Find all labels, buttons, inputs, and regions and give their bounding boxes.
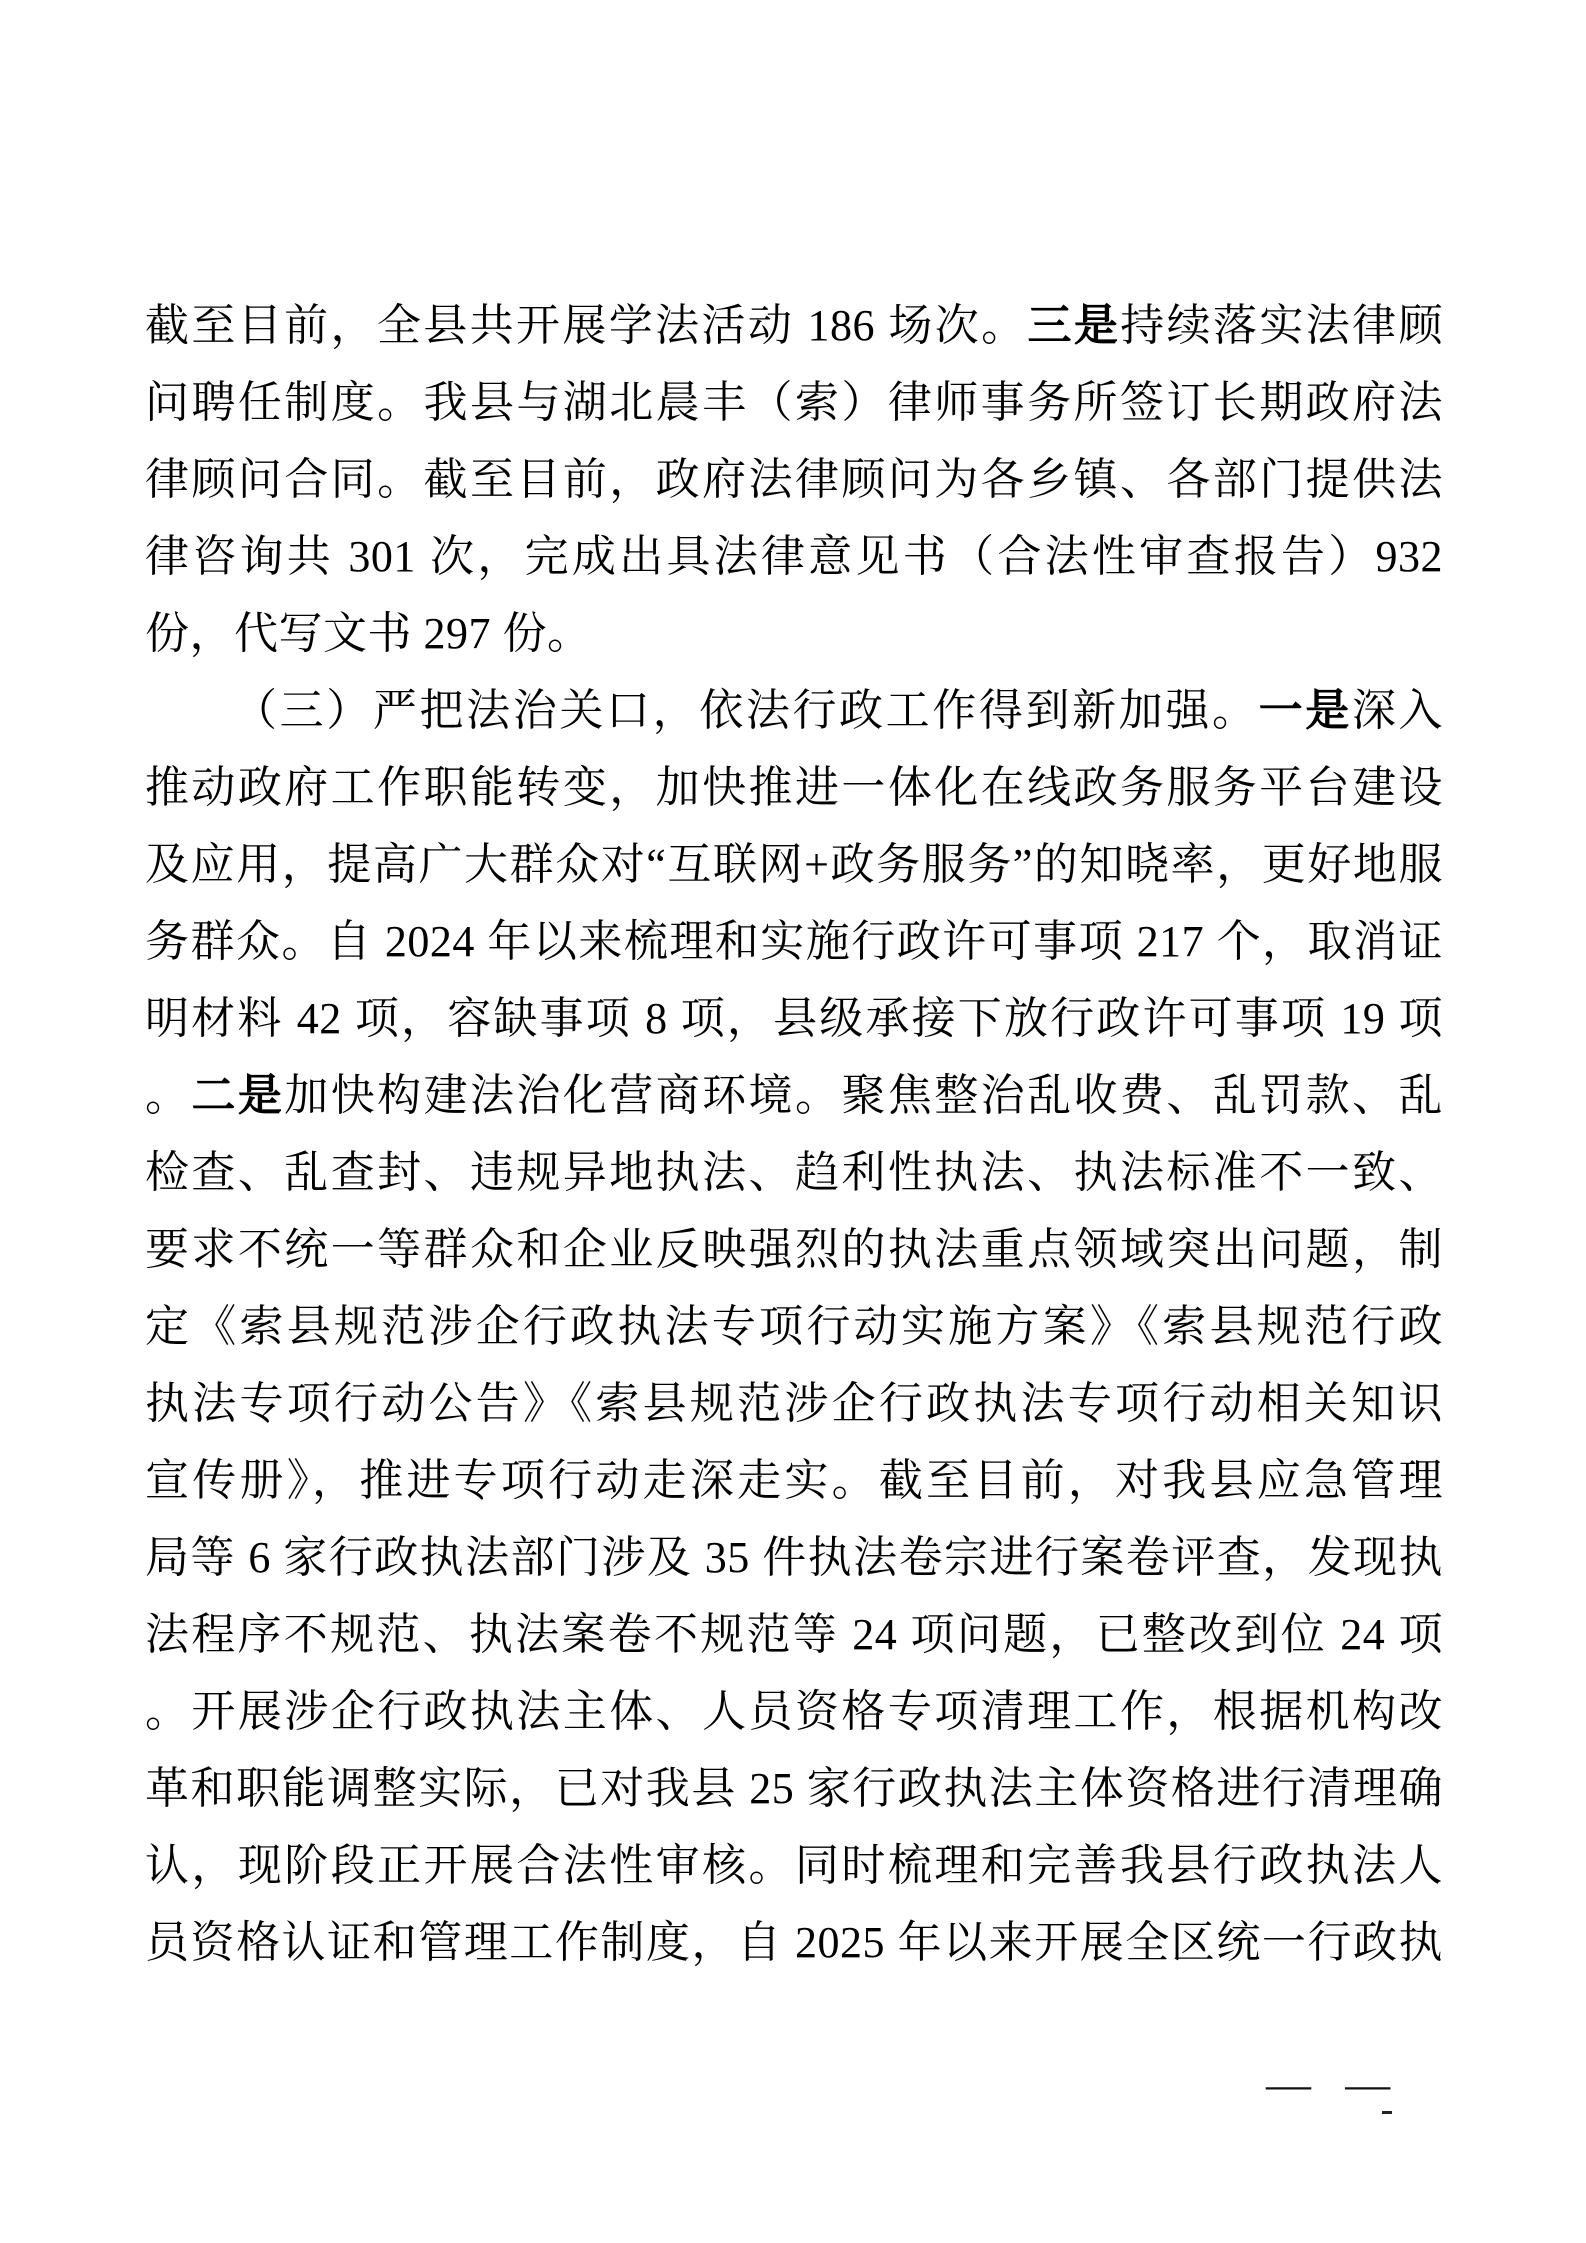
body-text: 。 xyxy=(145,1071,191,1120)
body-text: 推动政府工作职能转变，加快推进一体化在线政务服务平台建设 xyxy=(145,763,1443,812)
text-line: 及应用，提高广大群众对“互联网+政务服务”的知晓率，更好地服 xyxy=(145,826,1443,903)
text-line: 律咨询共 301 次，完成出具法律意见书（合法性审查报告）932 xyxy=(145,518,1443,595)
footer-tick xyxy=(1382,2111,1392,2114)
body-text: 务群众。自 2024 年以来梳理和实施行政许可事项 217 个，取消证 xyxy=(145,917,1443,966)
body-text: 法程序不规范、执法案卷不规范等 24 项问题，已整改到位 24 项 xyxy=(145,1610,1443,1659)
text-line: 明材料 42 项，容缺事项 8 项，县级承接下放行政许可事项 19 项 xyxy=(145,980,1443,1057)
body-text: 明材料 42 项，容缺事项 8 项，县级承接下放行政许可事项 19 项 xyxy=(145,994,1443,1043)
body-text: 问聘任制度。我县与湖北晨丰（索）律师事务所签订长期政府法 xyxy=(145,378,1443,427)
body-text: 。开展涉企行政执法主体、人员资格专项清理工作，根据机构改 xyxy=(145,1687,1443,1736)
body-text: 律顾问合同。截至目前，政府法律顾问为各乡镇、各部门提供法 xyxy=(145,455,1443,504)
text-line: 执法专项行动公告》《索县规范涉企行政执法专项行动相关知识 xyxy=(145,1365,1443,1442)
text-line: （三）严把法治关口，依法行政工作得到新加强。一是深入 xyxy=(145,672,1443,749)
body-text: 员资格认证和管理工作制度，自 2025 年以来开展全区统一行政执 xyxy=(145,1918,1443,1967)
body-text: 认，现阶段正开展合法性审核。同时梳理和完善我县行政执法人 xyxy=(145,1841,1443,1890)
text-line: 。开展涉企行政执法主体、人员资格专项清理工作，根据机构改 xyxy=(145,1673,1443,1750)
text-line: 检查、乱查封、违规异地执法、趋利性执法、执法标准不一致、 xyxy=(145,1134,1443,1211)
body-text: 律咨询共 301 次，完成出具法律意见书（合法性审查报告）932 xyxy=(145,532,1443,581)
body-text: 革和职能调整实际，已对我县 25 家行政执法主体资格进行清理确 xyxy=(145,1764,1443,1813)
text-line: 问聘任制度。我县与湖北晨丰（索）律师事务所签订长期政府法 xyxy=(145,364,1443,441)
emphasis-text: 二是 xyxy=(191,1071,284,1120)
text-line: 宣传册》，推进专项行动走深走实。截至目前，对我县应急管理 xyxy=(145,1442,1443,1519)
body-text: 执法专项行动公告》《索县规范涉企行政执法专项行动相关知识 xyxy=(145,1379,1443,1428)
text-line: 定《索县规范涉企行政执法专项行动实施方案》《索县规范行政 xyxy=(145,1288,1443,1365)
body-text: 定《索县规范涉企行政执法专项行动实施方案》《索县规范行政 xyxy=(145,1302,1443,1351)
text-line: 局等 6 家行政执法部门涉及 35 件执法卷宗进行案卷评查，发现执 xyxy=(145,1519,1443,1596)
text-line: 份，代写文书 297 份。 xyxy=(145,595,1443,672)
page-number-marker: — — xyxy=(1266,2062,1390,2107)
body-text: 宣传册》，推进专项行动走深走实。截至目前，对我县应急管理 xyxy=(145,1456,1443,1505)
text-line: 律顾问合同。截至目前，政府法律顾问为各乡镇、各部门提供法 xyxy=(145,441,1443,518)
text-line: 推动政府工作职能转变，加快推进一体化在线政务服务平台建设 xyxy=(145,749,1443,826)
body-text: 持续落实法律顾 xyxy=(1120,301,1443,350)
body-text: （三）严把法治关口，依法行政工作得到新加强。 xyxy=(233,686,1259,735)
body-text: 要求不统一等群众和企业反映强烈的执法重点领域突出问题，制 xyxy=(145,1225,1443,1274)
emphasis-text: 三是 xyxy=(1028,301,1121,350)
body-text: 深入 xyxy=(1352,686,1443,735)
emphasis-text: 一是 xyxy=(1259,686,1352,735)
text-line: 。二是加快构建法治化营商环境。聚焦整治乱收费、乱罚款、乱 xyxy=(145,1057,1443,1134)
text-line: 务群众。自 2024 年以来梳理和实施行政许可事项 217 个，取消证 xyxy=(145,903,1443,980)
text-line: 革和职能调整实际，已对我县 25 家行政执法主体资格进行清理确 xyxy=(145,1750,1443,1827)
text-line: 认，现阶段正开展合法性审核。同时梳理和完善我县行政执法人 xyxy=(145,1827,1443,1904)
text-line: 要求不统一等群众和企业反映强烈的执法重点领域突出问题，制 xyxy=(145,1211,1443,1288)
body-text: 及应用，提高广大群众对“互联网+政务服务”的知晓率，更好地服 xyxy=(145,840,1443,889)
body-text: 加快构建法治化营商环境。聚焦整治乱收费、乱罚款、乱 xyxy=(284,1071,1443,1120)
body-text: 检查、乱查封、违规异地执法、趋利性执法、执法标准不一致、 xyxy=(145,1148,1443,1197)
body-text: 份，代写文书 297 份。 xyxy=(145,609,592,658)
document-page: 截至目前，全县共开展学法活动 186 场次。三是持续落实法律顾问聘任制度。我县与… xyxy=(0,0,1586,2243)
body-text: 截至目前，全县共开展学法活动 186 场次。 xyxy=(145,301,1028,350)
text-line: 法程序不规范、执法案卷不规范等 24 项问题，已整改到位 24 项 xyxy=(145,1596,1443,1673)
document-body: 截至目前，全县共开展学法活动 186 场次。三是持续落实法律顾问聘任制度。我县与… xyxy=(145,287,1443,1981)
body-text: 局等 6 家行政执法部门涉及 35 件执法卷宗进行案卷评查，发现执 xyxy=(145,1533,1443,1582)
text-line: 截至目前，全县共开展学法活动 186 场次。三是持续落实法律顾 xyxy=(145,287,1443,364)
text-line: 员资格认证和管理工作制度，自 2025 年以来开展全区统一行政执 xyxy=(145,1904,1443,1981)
